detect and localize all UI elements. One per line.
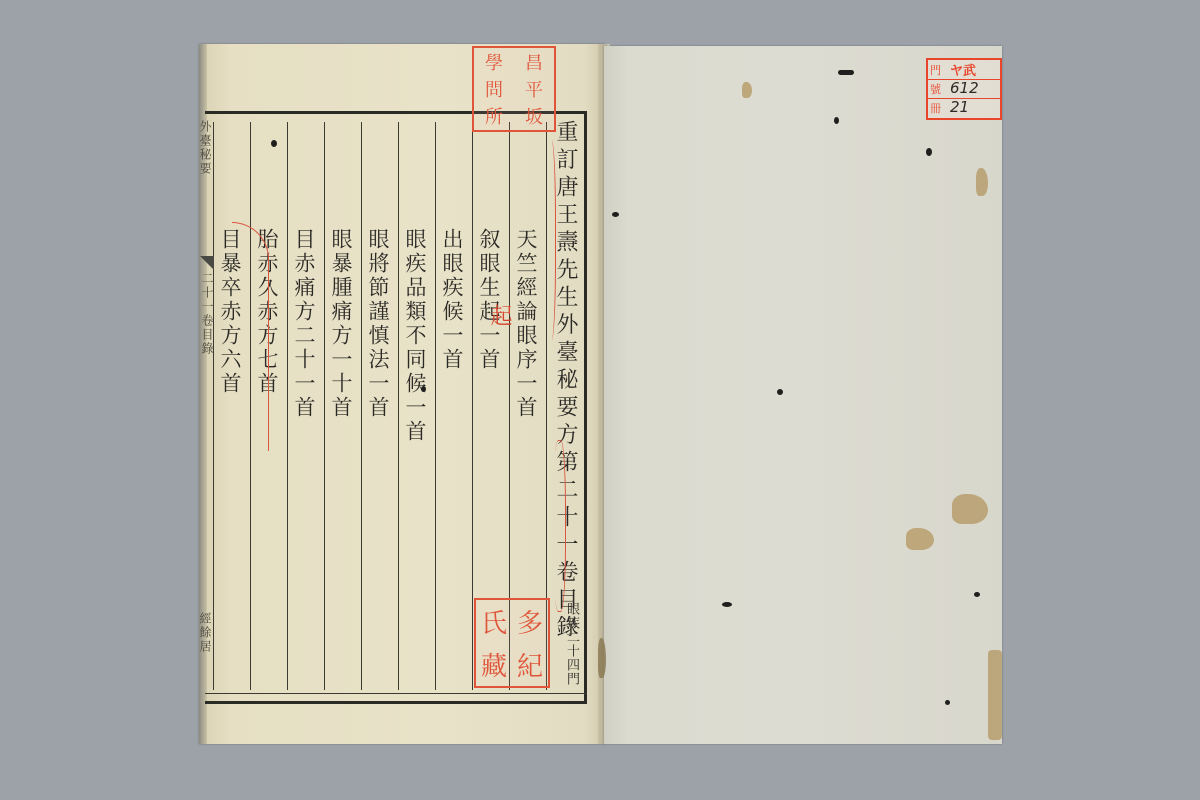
fishtail-mark [200, 256, 214, 270]
column-rule [398, 122, 399, 690]
paper-stain [976, 168, 988, 196]
right-page [604, 46, 1002, 744]
seal-char: 昌 [514, 49, 554, 75]
bottom-seal: 多 紀 氏 藏 [474, 598, 550, 688]
toc-entry: 天竺經論眼序一首 [515, 228, 536, 420]
worm-hole [838, 70, 854, 75]
top-seal: 昌 平 坂 學 問 所 [472, 46, 556, 132]
paper-stain [742, 82, 752, 98]
column-rule [324, 122, 325, 690]
worm-hole [722, 602, 732, 607]
seal-char: 平 [514, 76, 554, 102]
label-header-row: 門 ヤ武 [928, 60, 1000, 80]
red-bracket [545, 140, 556, 340]
column-rule [361, 122, 362, 690]
worm-hole [777, 389, 783, 395]
margin-title: 外臺秘要 [199, 120, 211, 176]
seal-char: 坂 [514, 103, 554, 129]
worm-hole [926, 148, 932, 156]
worm-hole [271, 140, 277, 147]
red-bracket [553, 440, 566, 612]
seal-char: 藏 [476, 646, 512, 683]
label-header-mark: ヤ武 [950, 60, 976, 79]
label-number-value: 612 [950, 79, 979, 97]
frame-bottom-line [205, 693, 587, 694]
paper-stain [988, 650, 1002, 740]
margin-bottom-text: 經餘居 [199, 612, 211, 654]
paper-stain [598, 638, 606, 678]
label-number-key: 號 [930, 81, 944, 97]
toc-entry: 目赤痛方二十一首 [293, 228, 314, 420]
library-label: 門 ヤ武 號 612 冊 21 [926, 58, 1002, 120]
toc-entry: 眼將節謹慎法一首 [367, 228, 388, 420]
label-volume-key: 冊 [930, 100, 944, 116]
seal-char: 問 [474, 76, 514, 102]
paper-stain [906, 528, 934, 550]
worm-hole [834, 117, 839, 124]
worm-hole [612, 212, 619, 217]
seal-char: 學 [474, 49, 514, 75]
worm-hole [974, 592, 980, 597]
open-book: 重訂唐王燾先生外臺秘要方第二十一卷目錄 眼疾二十四門 天竺經論眼序一首 叙眼生起… [0, 0, 1200, 800]
red-curve [232, 222, 269, 451]
seal-char: 所 [474, 103, 514, 129]
toc-entry: 眼疾品類不同候一首 [404, 228, 425, 444]
label-volume-value: 21 [950, 98, 969, 116]
column-rule [213, 122, 214, 690]
toc-entry: 眼暴腫痛方一十首 [330, 228, 351, 420]
seal-char: 多 [512, 603, 548, 640]
seal-char: 氏 [476, 603, 512, 640]
seal-char: 紀 [512, 646, 548, 683]
red-annotation: 起 [488, 304, 510, 329]
worm-hole [421, 386, 426, 392]
label-volume-row: 冊 21 [928, 98, 1000, 117]
paper-stain [952, 494, 988, 524]
label-header-prefix: 門 [930, 62, 944, 78]
toc-title-subnote: 眼疾二十四門 [565, 602, 578, 686]
column-rule [472, 122, 473, 690]
worm-hole [945, 700, 950, 705]
column-rule [435, 122, 436, 690]
margin-volume: 二十一卷目錄 [201, 272, 213, 356]
toc-entry: 叙眼生起一首 [478, 228, 499, 372]
label-number-row: 號 612 [928, 79, 1000, 99]
column-rule [287, 122, 288, 690]
toc-entry: 出眼疾候一首 [441, 228, 462, 372]
